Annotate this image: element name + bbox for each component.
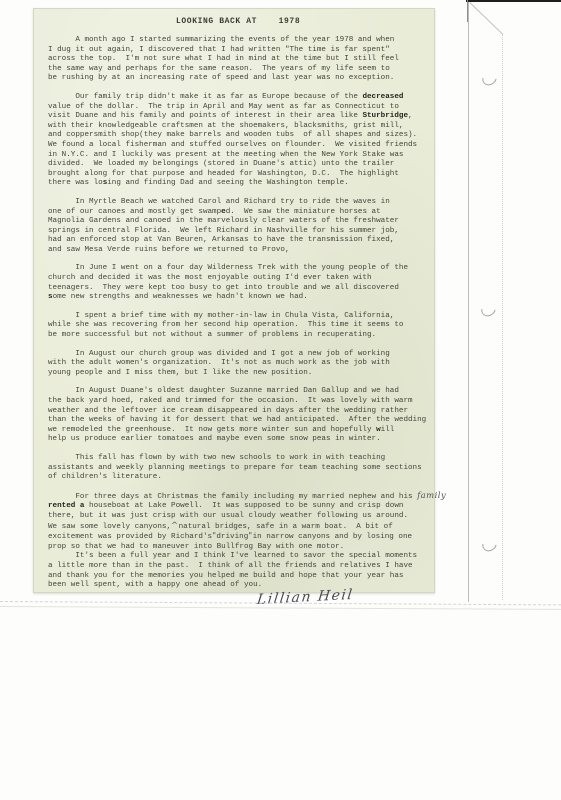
- handwritten-annotation: ": [212, 531, 216, 541]
- paragraph: This fall has flown by with two new scho…: [48, 454, 430, 483]
- paragraph: In August Duane's oldest daughter Suzann…: [48, 387, 430, 445]
- paragraph: Our family trip didn't make it as far as…: [48, 93, 430, 189]
- paragraph: In Myrtle Beach we watched Carol and Ric…: [48, 198, 430, 256]
- sleeve-corner-diagonal: [469, 2, 503, 35]
- scanner-edge-strip: [466, 0, 561, 2]
- binder-ring-mark-middle: [479, 300, 499, 319]
- paragraph: I spent a brief time with my mother-in-l…: [48, 312, 430, 341]
- binder-ring-mark-top: [480, 69, 500, 88]
- letter-page: LOOKING BACK AT 1978 A month ago I start…: [33, 8, 435, 593]
- sleeve-bottom-edge: [0, 606, 561, 610]
- paragraph: For three days at Christmas the family i…: [48, 492, 430, 553]
- sleeve-dotted-seam: [502, 34, 503, 600]
- sleeve-edge-line: [468, 2, 469, 602]
- letter-paragraphs: A month ago I started summarizing the ev…: [48, 36, 430, 591]
- letter-title: LOOKING BACK AT 1978: [176, 17, 430, 26]
- binder-ring-mark-bottom: [480, 535, 500, 554]
- paragraph: In June I went on a four day Wilderness …: [48, 264, 430, 302]
- handwritten-annotation: ": [248, 531, 252, 541]
- handwritten-annotation: family: [417, 491, 446, 501]
- handwritten-annotation: ^: [171, 521, 179, 531]
- paragraph: A month ago I started summarizing the ev…: [48, 36, 430, 84]
- paragraph: In August our church group was divided a…: [48, 350, 430, 379]
